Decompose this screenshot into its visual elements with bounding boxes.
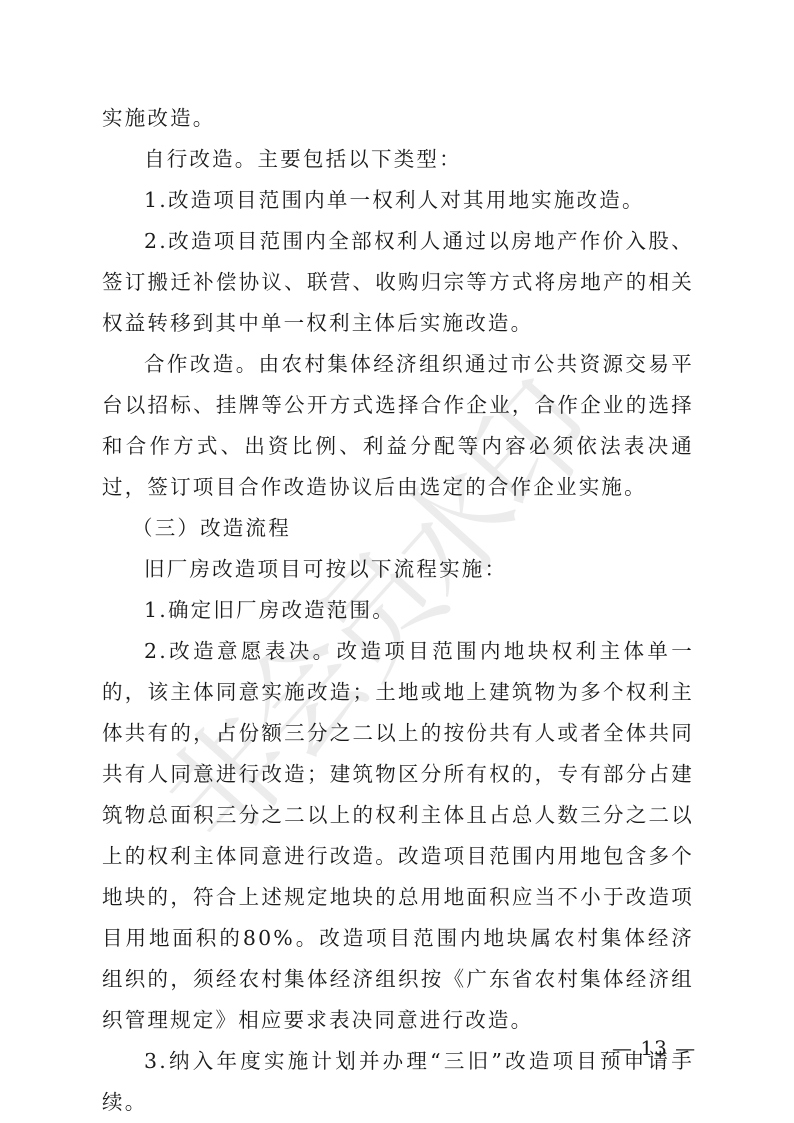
paragraph-process-step-1: 1.确定旧厂房改造范围。 <box>102 590 694 631</box>
paragraph-self-renovation-type-1: 1.改造项目范围内单一权利人对其用地实施改造。 <box>102 180 694 221</box>
section-heading-renovation-process: （三）改造流程 <box>102 508 694 549</box>
paragraph-self-renovation: 自行改造。主要包括以下类型： <box>102 139 694 180</box>
paragraph-process-step-2: 2.改造意愿表决。改造项目范围内地块权利主体单一的，该主体同意实施改造；土地或地… <box>102 631 694 1041</box>
page-number: — 13 — <box>612 1036 696 1060</box>
paragraph-process-step-3: 3.纳入年度实施计划并办理“三旧”改造项目预申请手续。 <box>102 1041 694 1123</box>
paragraph-process-intro: 旧厂房改造项目可按以下流程实施： <box>102 549 694 590</box>
document-body: 实施改造。 自行改造。主要包括以下类型： 1.改造项目范围内单一权利人对其用地实… <box>102 98 694 1123</box>
paragraph-cooperative-renovation: 合作改造。由农村集体经济组织通过市公共资源交易平台以招标、挂牌等公开方式选择合作… <box>102 344 694 508</box>
paragraph-self-renovation-type-2: 2.改造项目范围内全部权利人通过以房地产作价入股、签订搬迁补偿协议、联营、收购归… <box>102 221 694 344</box>
paragraph-continuation: 实施改造。 <box>102 98 694 139</box>
